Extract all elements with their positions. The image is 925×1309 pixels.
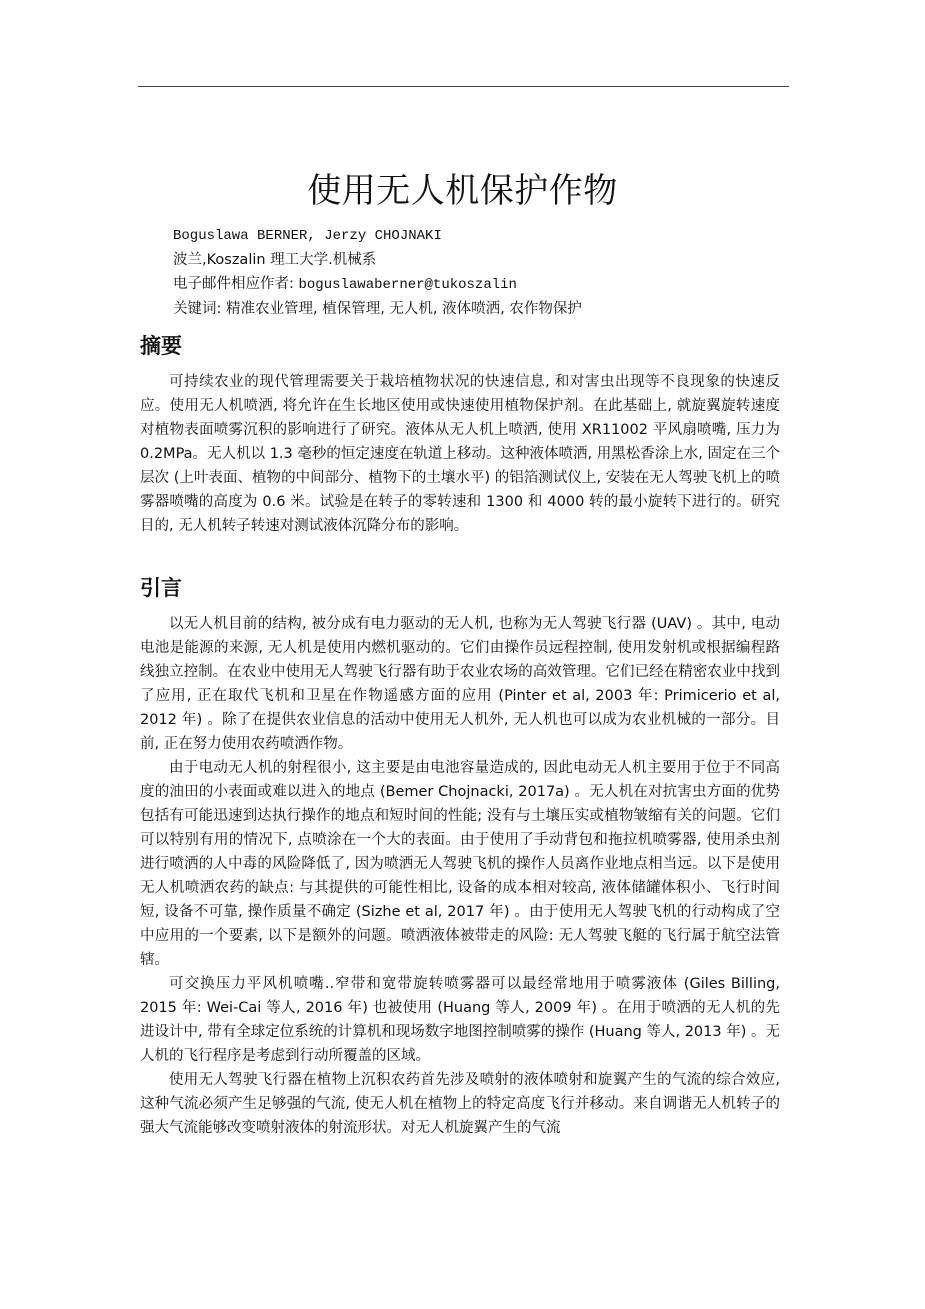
introduction-body: 以无人机目前的结构, 被分成有电力驱动的无人机, 也称为无人驾驶飞行器 (UAV… [140, 612, 780, 1140]
paper-meta: Boguslawa BERNER, Jerzy CHOJNAKI 波兰,Kosz… [173, 224, 582, 321]
affiliation: 波兰,Koszalin 理工大学.机械系 [173, 248, 582, 272]
keywords: 关键词: 精准农业管理, 植保管理, 无人机, 液体喷洒, 农作物保护 [173, 297, 582, 321]
abstract-body: 可持续农业的现代管理需要关于栽培植物状况的快速信息, 和对害虫出现等不良现象的快… [140, 370, 780, 538]
keywords-list: 精准农业管理, 植保管理, 无人机, 液体喷洒, 农作物保护 [226, 301, 582, 317]
intro-paragraph: 使用无人驾驶飞行器在植物上沉积农药首先涉及喷射的液体喷射和旋翼产生的气流的综合效… [140, 1068, 780, 1140]
authors: Boguslawa BERNER, Jerzy CHOJNAKI [173, 224, 582, 248]
header-rule [138, 86, 789, 87]
paper-title: 使用无人机保护作物 [0, 169, 925, 213]
intro-paragraph: 可交换压力平风机喷嘴..窄带和宽带旋转喷雾器可以最经常地用于喷雾液体 (Gile… [140, 972, 780, 1068]
abstract-heading: 摘要 [140, 332, 182, 360]
keywords-label: 关键词: [173, 301, 226, 317]
corresponding-email: 电子邮件相应作者: boguslawaberner@tukoszalin [173, 272, 582, 297]
introduction-heading: 引言 [140, 574, 182, 602]
intro-paragraph: 以无人机目前的结构, 被分成有电力驱动的无人机, 也称为无人驾驶飞行器 (UAV… [140, 612, 780, 756]
intro-paragraph: 由于电动无人机的射程很小, 这主要是由电池容量造成的, 因此电动无人机主要用于位… [140, 756, 780, 972]
email-address: boguslawaberner@tukoszalin [299, 277, 517, 293]
email-label: 电子邮件相应作者: [173, 276, 299, 292]
abstract-paragraph: 可持续农业的现代管理需要关于栽培植物状况的快速信息, 和对害虫出现等不良现象的快… [140, 370, 780, 538]
